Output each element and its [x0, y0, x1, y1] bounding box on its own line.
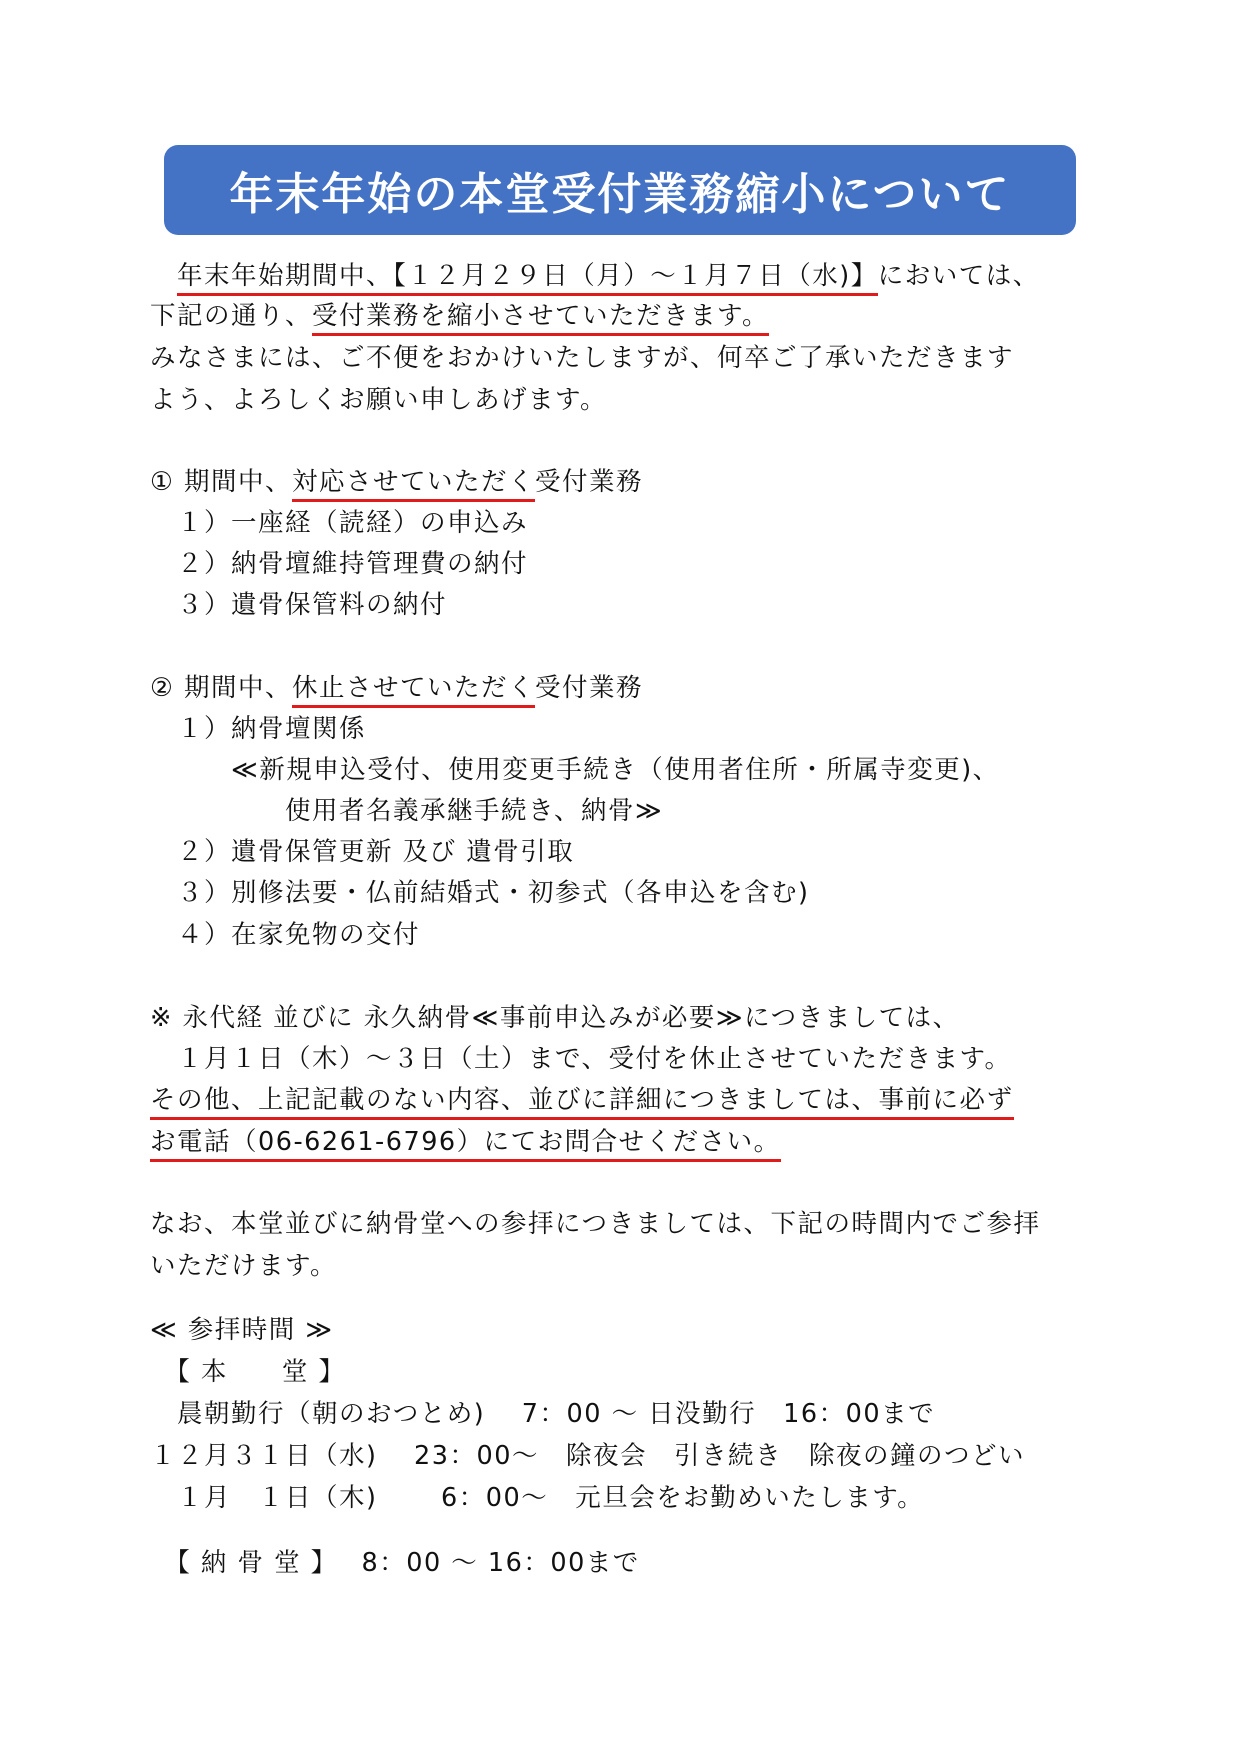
page-title: 年末年始の本堂受付業務縮小について [229, 158, 1010, 222]
section1-heading: ① 期間中、対応させていただく受付業務 [150, 464, 643, 500]
nokotsudo-line: 【 納 骨 堂 】 8：00 ～ 16：00まで [150, 1545, 640, 1581]
hondo-label: 【 本 堂 】 [150, 1354, 345, 1390]
reduction-highlight: 受付業務を縮小させていただきます。 [312, 301, 769, 336]
document-page: 年末年始の本堂受付業務縮小について 年末年始期間中、【１２月２９日（月）～１月７… [0, 0, 1241, 1755]
section2-heading: ② 期間中、休止させていただく受付業務 [150, 670, 643, 706]
notice-line-4: お電話（06-6261-6796）にてお問合せください。 [150, 1124, 781, 1160]
section1-item-2: ２）納骨壇維持管理費の納付 [150, 546, 528, 582]
worship-intro-line-1: なお、本堂並びに納骨堂への参拝につきましては、下記の時間内でご参拝 [150, 1206, 1041, 1242]
hondo-line-1: 晨朝勤行（朝のおつとめ) 7：00 ～ 日没勤行 16：00まで [150, 1396, 935, 1432]
intro-line-1: 年末年始期間中、【１２月２９日（月）～１月７日（水)】においては、 [150, 258, 1040, 294]
worship-intro-line-2: いただけます。 [150, 1248, 337, 1284]
contact-highlight-2: お電話（06-6261-6796）にてお問合せください。 [150, 1127, 781, 1162]
intro-line-2-prefix: 下記の通り、 [150, 301, 312, 331]
section2-item-3: ３）別修法要・仏前結婚式・初参式（各申込を含む) [150, 875, 809, 911]
section2-highlight: 休止させていただく [292, 673, 535, 708]
title-banner: 年末年始の本堂受付業務縮小について [164, 145, 1076, 235]
section1-highlight: 対応させていただく [292, 467, 535, 502]
section2-item-1-detail-a: ≪新規申込受付、使用変更手続き（使用者住所・所属寺変更)、 [150, 752, 1000, 788]
section2-item-1: １）納骨壇関係 [150, 711, 366, 747]
notice-line-3: その他、上記記載のない内容、並びに詳細につきましては、事前に必ず [150, 1082, 1014, 1118]
contact-highlight-1: その他、上記記載のない内容、並びに詳細につきましては、事前に必ず [150, 1085, 1014, 1120]
notice-line-1: ※ 永代経 並びに 永久納骨≪事前申込みが必要≫につきましては、 [150, 1000, 960, 1036]
section2-heading-suffix: 受付業務 [535, 673, 643, 703]
intro-line-4: よう、よろしくお願い申しあげます。 [150, 382, 607, 418]
section1-item-1: １）一座経（読経）の申込み [150, 505, 528, 541]
section1-item-3: ３）遺骨保管料の納付 [150, 587, 447, 623]
intro-line-2: 下記の通り、受付業務を縮小させていただきます。 [150, 298, 769, 334]
hondo-line-2: １２月３１日（水) 23：00～ 除夜会 引き続き 除夜の鐘のつどい [150, 1438, 1025, 1474]
intro-line-1-suffix: においては、 [878, 261, 1040, 291]
period-highlight: 年末年始期間中、【１２月２９日（月）～１月７日（水)】 [177, 261, 878, 296]
hondo-line-3: １月 １日（木) 6：00～ 元旦会をお勤めいたします。 [150, 1480, 924, 1516]
notice-line-2: １月１日（木）～３日（土）まで、受付を休止させていただきます。 [150, 1041, 1011, 1077]
worship-heading: ≪ 参拝時間 ≫ [150, 1312, 334, 1348]
section2-item-2: ２）遺骨保管更新 及び 遺骨引取 [150, 834, 574, 870]
indent [150, 261, 177, 291]
section2-heading-prefix: ② 期間中、 [150, 673, 292, 703]
intro-line-3: みなさまには、ご不便をおかけいたしますが、何卒ご了承いただきます [150, 340, 1014, 376]
section1-heading-suffix: 受付業務 [535, 467, 643, 497]
section2-item-4: ４）在家免物の交付 [150, 917, 420, 953]
section1-heading-prefix: ① 期間中、 [150, 467, 292, 497]
section2-item-1-detail-b: 使用者名義承継手続き、納骨≫ [150, 793, 663, 829]
